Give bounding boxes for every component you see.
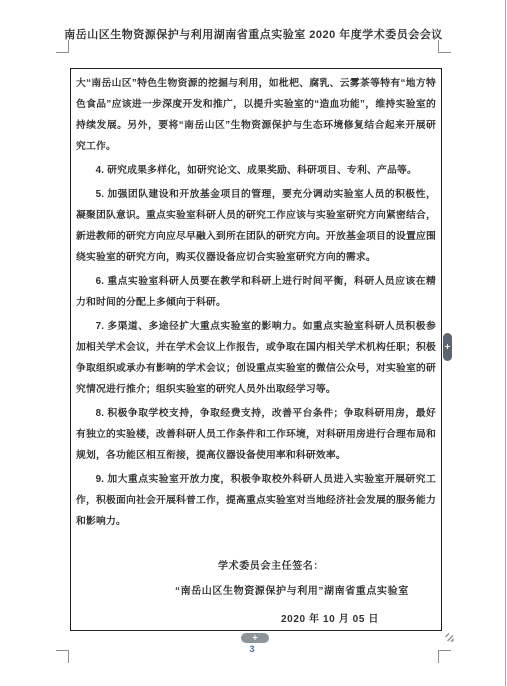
signature-date: 2020 年 10 月 05 日 bbox=[281, 610, 379, 625]
text-boundary-mark-top-left bbox=[56, 40, 69, 53]
plus-icon: + bbox=[445, 342, 450, 351]
paragraph-item-7[interactable]: 7. 多渠道、多途径扩大重点实验室的影响力。如重点实验室科研人员积极参加相关学术… bbox=[76, 316, 436, 400]
page-right-edge-line bbox=[505, 0, 506, 686]
resize-grip-icon[interactable] bbox=[444, 632, 455, 643]
paragraph-item-6[interactable]: 6. 重点实验室科研人员要在教学和科研上进行时间平衡，科研人员应该在精力和时间的… bbox=[76, 271, 436, 313]
paragraph-item-4[interactable]: 4. 研究成果多样化，如研究论文、成果奖励、科研项目、专利、产品等。 bbox=[76, 160, 436, 181]
plus-icon: + bbox=[252, 633, 257, 642]
document-header-title: 南岳山区生物资源保护与利用湖南省重点实验室 2020 年度学术委员会会议 bbox=[20, 26, 487, 42]
paragraph-item-5[interactable]: 5. 加强团队建设和开放基金项目的管理，要充分调动实验室人员的积极性，凝聚团队意… bbox=[76, 184, 436, 268]
paragraph-item-8[interactable]: 8. 积极争取学校支持，争取经费支持，改善平台条件；争取科研用房，最好有独立的实… bbox=[76, 403, 436, 466]
document-page: 南岳山区生物资源保护与利用湖南省重点实验室 2020 年度学术委员会会议 大“南… bbox=[0, 0, 507, 686]
text-boundary-mark-top-right bbox=[438, 40, 451, 53]
expand-bottom-handle[interactable]: + bbox=[241, 633, 269, 643]
page-number: 3 bbox=[0, 644, 504, 654]
document-text-box[interactable]: 大“南岳山区”特色生物资源的挖掘与利用，如枇杷、腐乳、云雾茶等特有“地方特色食品… bbox=[70, 68, 442, 631]
paragraph-item-9[interactable]: 9. 加大重点实验室开放力度，积极争取校外科研人员进入实验室开展研究工作，积极面… bbox=[76, 469, 436, 532]
signature-director-label: 学术委员会主任签名： bbox=[218, 557, 324, 572]
paragraph-continued[interactable]: 大“南岳山区”特色生物资源的挖掘与利用，如枇杷、腐乳、云雾茶等特有“地方特色食品… bbox=[76, 73, 436, 157]
signature-lab-name: “南岳山区生物资源保护与利用”湖南省重点实验室 bbox=[175, 582, 409, 597]
expand-right-handle[interactable]: + bbox=[443, 333, 452, 361]
